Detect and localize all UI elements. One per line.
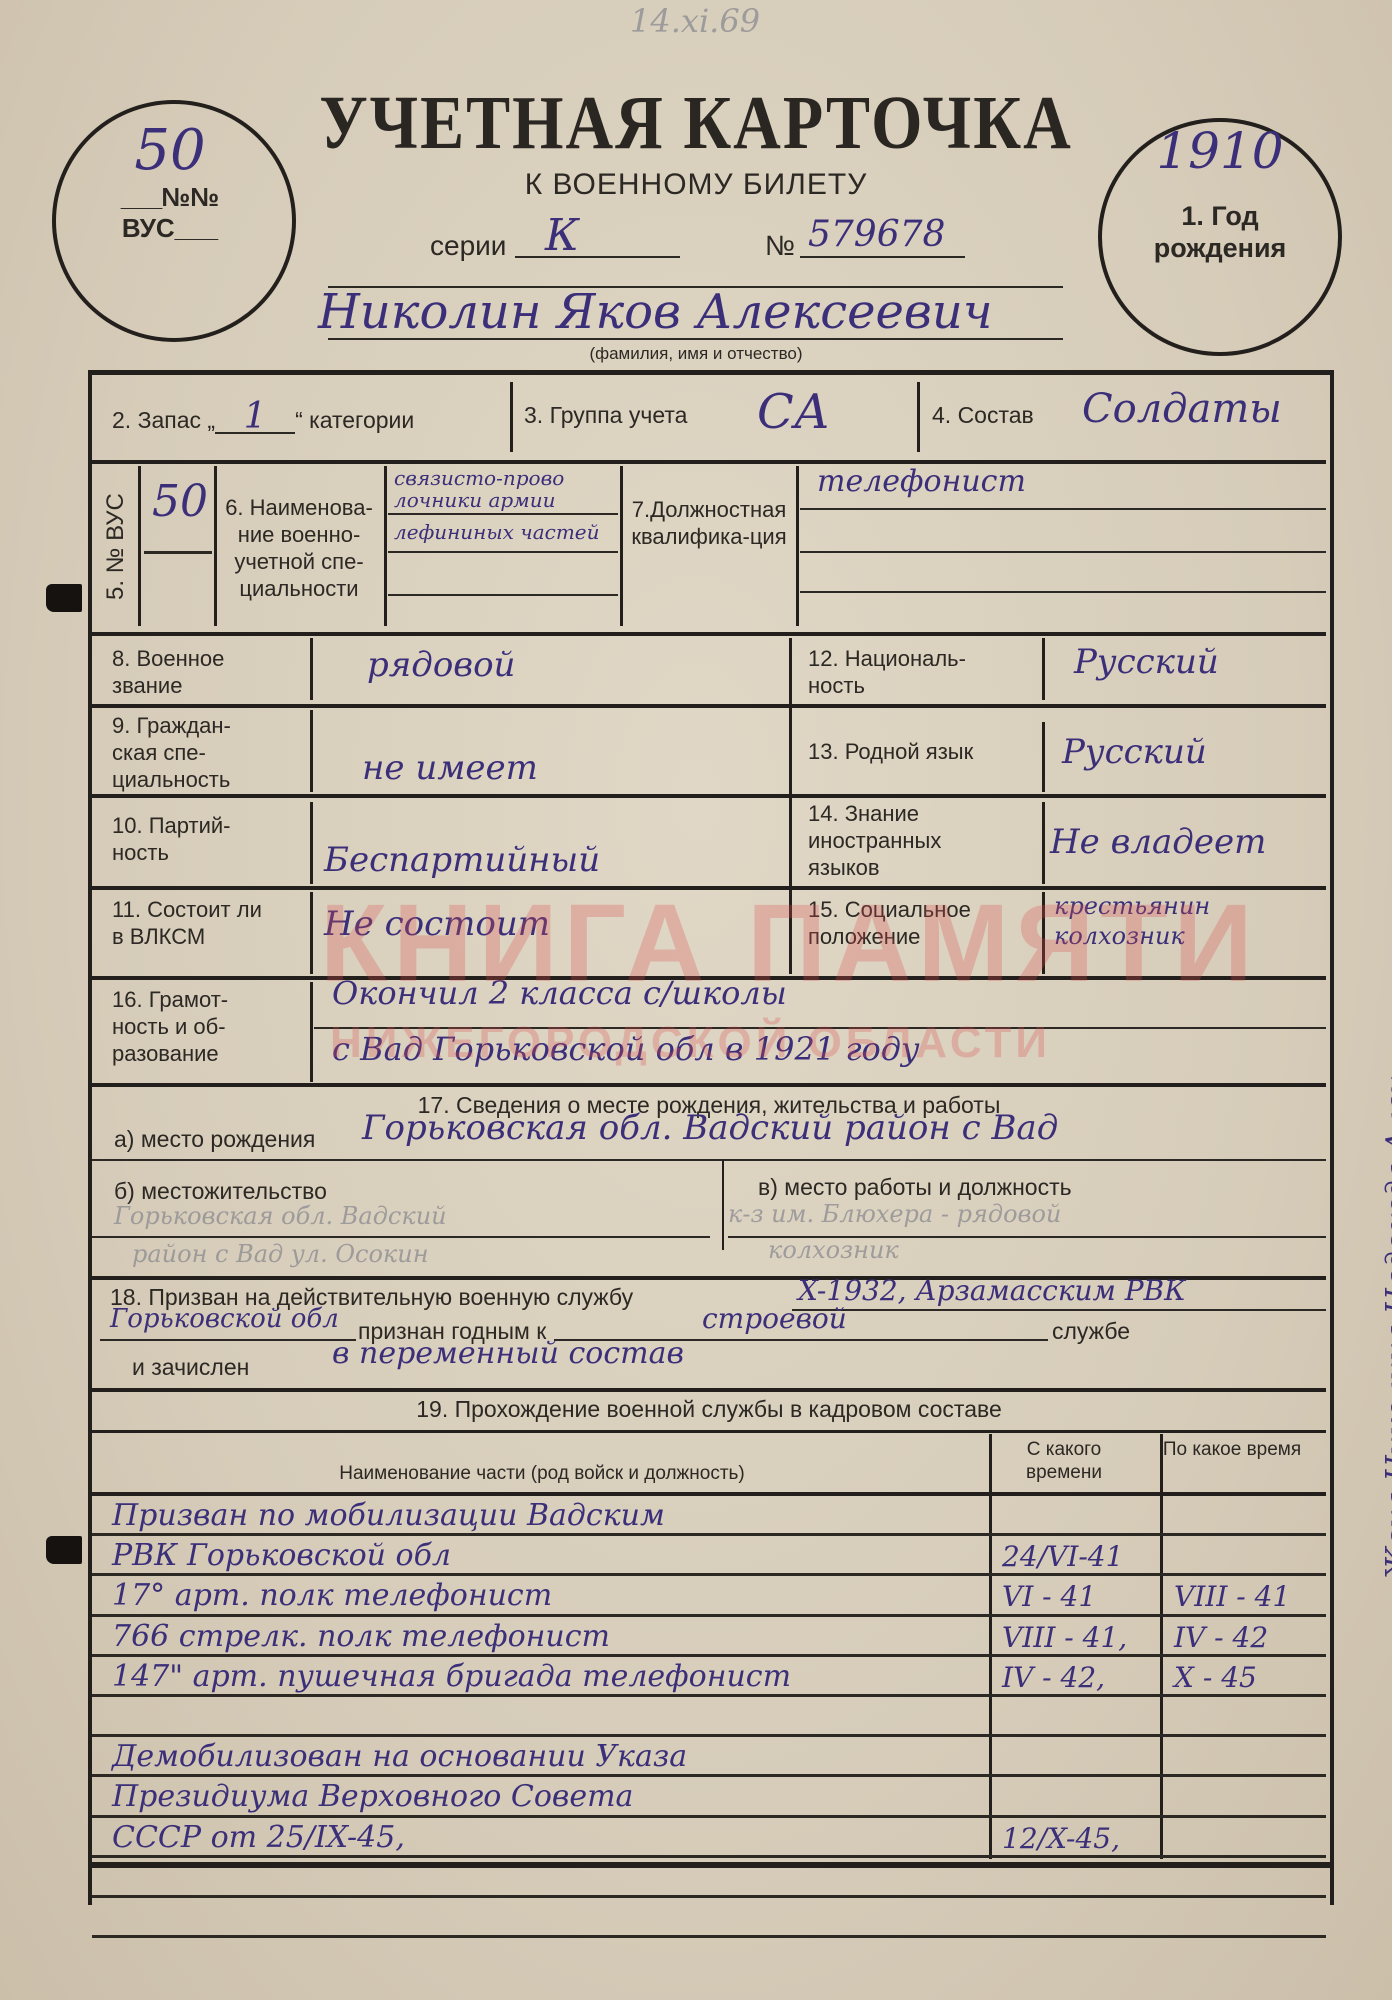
service-row-unit: СССР от 25/IX-45,	[112, 1820, 405, 1855]
field-11-label: 11. Состоит ли в ВЛКСМ	[112, 896, 262, 950]
field-13-label: 13. Родной язык	[808, 738, 973, 765]
field-6-value-line2: лочники армии	[394, 488, 556, 512]
service-row-unit: Президиума Верховного Совета	[112, 1779, 633, 1814]
field-18-value-line1: X-1932, Арзамасским РВК	[798, 1274, 1186, 1307]
field-7-label: 7.Должностная квалифика-ция	[624, 496, 794, 550]
row-rule	[92, 1694, 1326, 1697]
service-row-unit: РВК Горьковской обл	[112, 1538, 451, 1573]
field-17a-value: Горьковская обл. Вадский район с Вад	[362, 1108, 1058, 1148]
service-row-to: X - 45	[1174, 1661, 1257, 1694]
row-rule	[92, 1815, 1326, 1818]
field-10-value: Беспартийный	[324, 840, 600, 880]
document-subtitle: К ВОЕННОМУ БИЛЕТУ	[0, 168, 1392, 202]
service-row-from: VI - 41	[1002, 1580, 1096, 1613]
form-grid: 2. Запас „1“ категории 3. Группа учета С…	[88, 370, 1334, 1905]
row-rule	[92, 1895, 1326, 1898]
field-17b-value-line2: район с Вад ул. Осокин	[132, 1240, 429, 1268]
field-3-value: СА	[757, 384, 830, 440]
row-rule	[92, 1573, 1326, 1576]
field-10-label: 10. Партий-ность	[112, 812, 252, 866]
birth-year-label: 1. Год рождения	[1120, 200, 1320, 264]
field-6-label: 6. Наименова-ние военно-учетной спе-циал…	[224, 494, 374, 602]
field-17c-label: в) место работы и должность	[758, 1174, 1072, 1201]
col-from-header: С какого времени	[994, 1438, 1134, 1484]
field-12-value: Русский	[1074, 642, 1219, 682]
field-17c-value-line1: к-з им. Блюхера - рядовой	[728, 1200, 1061, 1228]
field-15-label: 15. Социальное положение	[808, 896, 998, 950]
row-rule	[92, 1935, 1326, 1938]
field-9-value: не имеет	[362, 748, 538, 788]
field-3-label: 3. Группа учета	[524, 402, 687, 429]
field-18-fit-value: строевой	[702, 1302, 847, 1335]
field-17b-value-line1: Горьковская обл. Вадский	[114, 1202, 447, 1230]
row-rule	[92, 1734, 1326, 1737]
field-6-value-line1: связисто-прово	[394, 466, 564, 490]
series-value: К	[545, 210, 579, 261]
binder-tab	[46, 584, 82, 612]
field-5-label: 5. № ВУС	[102, 493, 129, 600]
service-row-unit: 17° арт. полк телефонист	[112, 1578, 552, 1613]
field-17b-label: б) местожительство	[114, 1178, 327, 1205]
service-row-to: IV - 42	[1174, 1621, 1268, 1654]
row-rule	[92, 1774, 1326, 1777]
field-18-enrolled-label: и зачислен	[132, 1354, 249, 1381]
field-15-value-line1: крестьянин	[1054, 892, 1210, 920]
document-title: УЧЕТНАЯ КАРТОЧКА	[0, 80, 1392, 167]
field-18-enrolled-value: в переменный состав	[332, 1336, 684, 1371]
field-7-value: телефонист	[817, 464, 1026, 499]
field-8-value: рядовой	[367, 645, 515, 685]
field-14-value: Не владеет	[1050, 822, 1266, 862]
field-4-value: Солдаты	[1082, 386, 1282, 432]
service-row-from: 24/VI-41	[1002, 1540, 1123, 1573]
row-rule	[92, 1614, 1326, 1617]
binder-tab	[46, 1536, 82, 1564]
service-row-unit: 147" арт. пушечная бригада телефонист	[112, 1659, 791, 1694]
margin-note: Жена Николина Надежда Алех.	[1380, 1067, 1392, 1580]
field-16-value-line2: с Вад Горьковской обл в 1921 году	[332, 1030, 920, 1068]
archive-pencil-note: 14.xi.69	[630, 2, 760, 40]
field-17a-label: а) место рождения	[114, 1126, 315, 1153]
field-16-value-line1: Окончил 2 класса с/школы	[332, 974, 787, 1012]
row-rule	[92, 1855, 1326, 1858]
field-12-label: 12. Националь-ность	[808, 645, 968, 699]
field-5-value: 50	[152, 476, 208, 527]
col-unit-header: Наименование части (род войск и должност…	[92, 1460, 992, 1487]
field-4-label: 4. Состав	[932, 402, 1034, 429]
number-value: 579678	[808, 214, 945, 255]
service-row-unit: Демобилизован на основании Указа	[112, 1739, 687, 1774]
field-13-value: Русский	[1062, 732, 1207, 772]
service-row-from: 12/X-45,	[1002, 1822, 1120, 1855]
full-name-caption: (фамилия, имя и отчество)	[0, 344, 1392, 364]
field-18-value-line2: Горьковской обл	[110, 1304, 339, 1334]
series-label: серии	[430, 230, 506, 262]
field-18-fit-suffix: службе	[1052, 1318, 1130, 1345]
service-row-unit: 766 стрелк. полк телефонист	[112, 1619, 610, 1654]
field-8-label: 8. Военное звание	[112, 645, 242, 699]
row-rule	[92, 1654, 1326, 1657]
field-9-label: 9. Граждан-ская спе-циальность	[112, 712, 252, 793]
service-row-unit: Призван по мобилизации Вадским	[112, 1498, 665, 1533]
field-15-value-line2: колхозник	[1054, 922, 1185, 950]
field-17c-value-line2: колхозник	[768, 1236, 899, 1264]
field-6-value-line3: лефининых частей	[394, 520, 600, 544]
field-16-label: 16. Грамот-ность и об-разование	[112, 986, 262, 1067]
field-14-label: 14. Знание иностранных языков	[808, 800, 978, 881]
field-19-title: 19. Прохождение военной службы в кадрово…	[92, 1396, 1326, 1423]
number-label: №	[765, 230, 795, 262]
field-2-label: 2. Запас „1“ категории	[112, 402, 414, 434]
row-rule	[92, 1533, 1326, 1536]
full-name: Николин Яков Алексеевич	[318, 284, 993, 340]
field-11-value: Не состоит	[324, 904, 550, 944]
service-row-to: VIII - 41	[1174, 1580, 1290, 1613]
service-row-from: VIII - 41,	[1002, 1621, 1127, 1654]
service-row-from: IV - 42,	[1002, 1661, 1105, 1694]
col-to-header: По какое время	[1152, 1438, 1312, 1461]
